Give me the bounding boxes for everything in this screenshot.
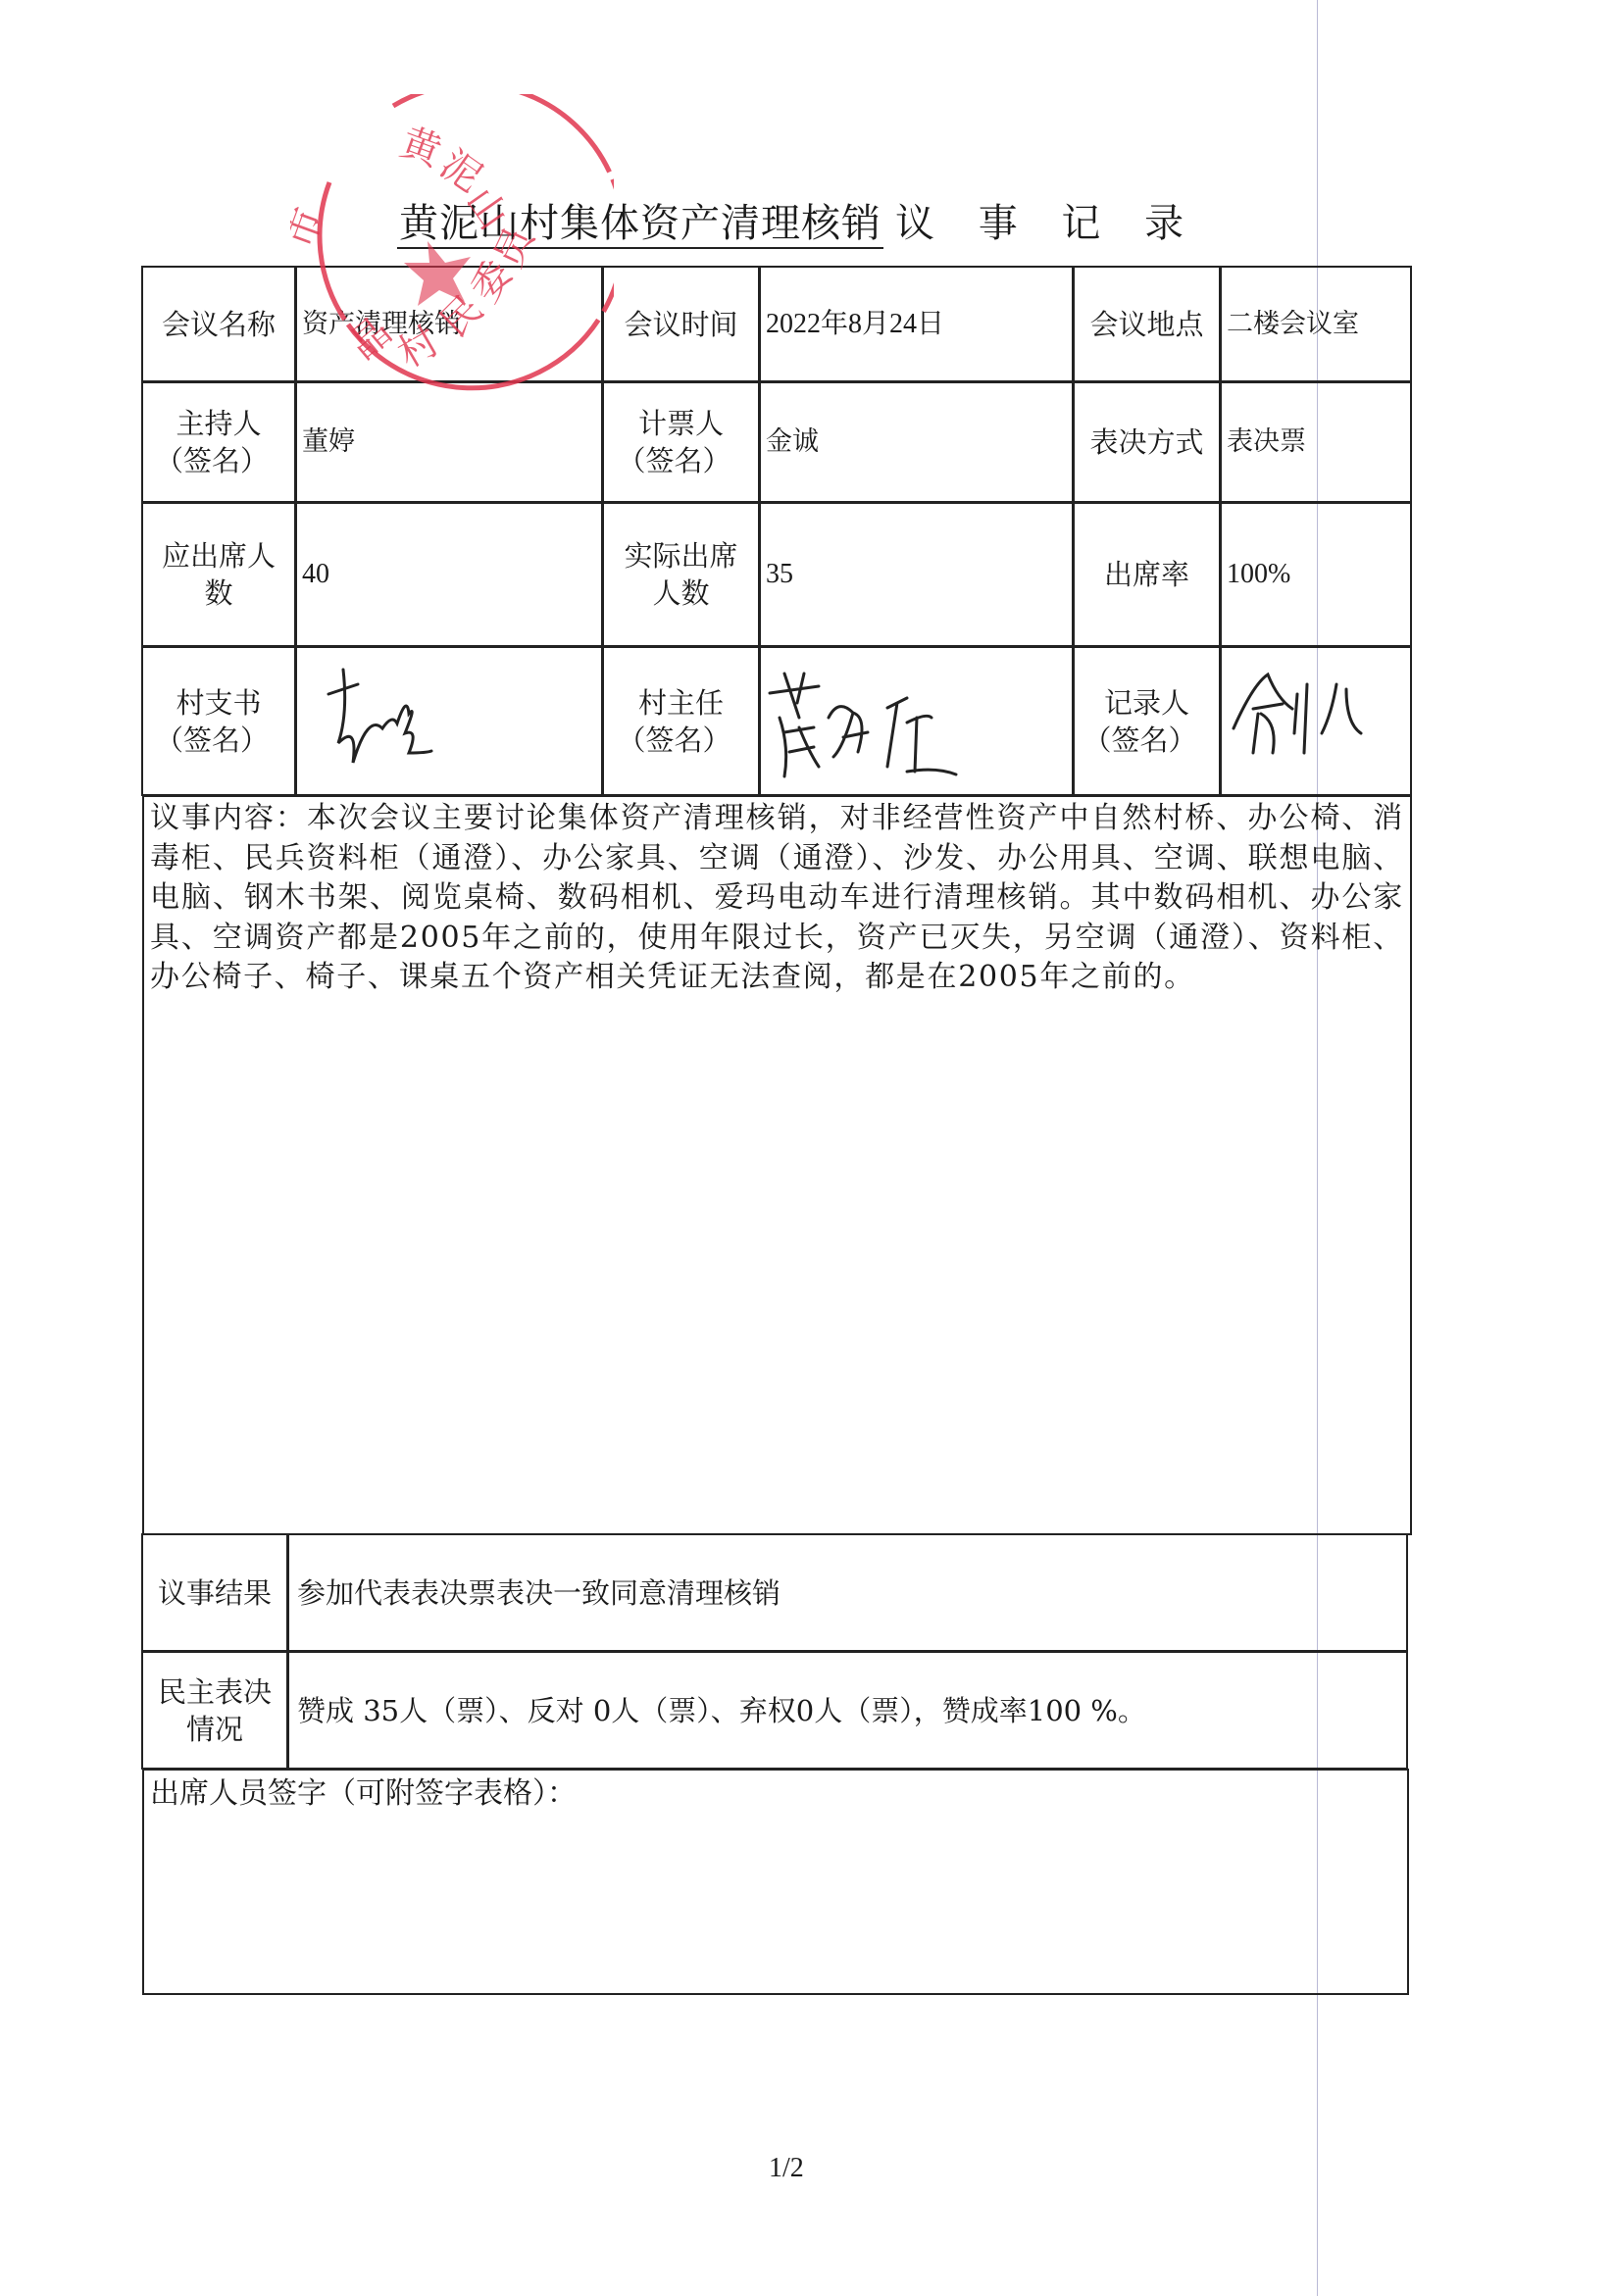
meeting-place-value: 二楼会议室 bbox=[1220, 266, 1412, 382]
host-value: 董婷 bbox=[295, 381, 603, 503]
director-signature-cell bbox=[759, 646, 1074, 796]
result-label: 议事结果 bbox=[141, 1533, 288, 1652]
vote-label-line1: 民主表决 bbox=[158, 1673, 272, 1711]
vote-method-value: 表决票 bbox=[1220, 381, 1412, 503]
counter-label: 计票人 （签名） bbox=[602, 381, 760, 503]
attendance-rate-label: 出席率 bbox=[1073, 502, 1221, 647]
svg-text:市: 市 bbox=[290, 202, 332, 254]
recorder-label-line2: （签名） bbox=[1083, 722, 1196, 759]
meeting-content: 议事内容：本次会议主要讨论集体资产清理核销，对非经营性资产中自然村桥、办公椅、消… bbox=[142, 795, 1412, 1535]
meeting-place-label: 会议地点 bbox=[1073, 266, 1221, 382]
director-label-line1: 村主任 bbox=[638, 684, 724, 722]
expected-attendance-value: 40 bbox=[295, 502, 603, 647]
vote-value: 赞成 35人（票）、反对 0人（票）、弃权0人（票），赞成率100 %。 bbox=[287, 1651, 1408, 1770]
host-label-line2: （签名） bbox=[155, 442, 269, 479]
director-label: 村主任 （签名） bbox=[602, 646, 760, 796]
meeting-time-value: 2022年8月24日 bbox=[759, 266, 1074, 382]
vote-method-label: 表决方式 bbox=[1073, 381, 1221, 503]
expected-label-line1: 应出席人 bbox=[162, 537, 276, 574]
secretary-label: 村支书 （签名） bbox=[141, 646, 296, 796]
recorder-label-line1: 记录人 bbox=[1104, 684, 1189, 722]
expected-attendance-label: 应出席人 数 bbox=[141, 502, 296, 647]
counter-label-line1: 计票人 bbox=[638, 405, 724, 442]
page-title: 黄泥山村集体资产清理核销议 事 记 录 bbox=[397, 192, 1199, 248]
meeting-name-value: 资产清理核销 bbox=[295, 266, 603, 382]
recorder-signature-cell bbox=[1220, 646, 1412, 796]
recorder-label: 记录人 （签名） bbox=[1073, 646, 1221, 796]
attendance-rate-value: 100% bbox=[1220, 502, 1412, 647]
expected-label-line2: 数 bbox=[204, 574, 232, 612]
vote-label-line2: 情况 bbox=[186, 1711, 243, 1748]
counter-value: 金诚 bbox=[759, 381, 1074, 503]
meeting-name-label: 会议名称 bbox=[141, 266, 296, 382]
counter-label-line2: （签名） bbox=[617, 442, 730, 479]
secretary-signature-cell bbox=[295, 646, 603, 796]
actual-label-line2: 人数 bbox=[652, 574, 709, 612]
vote-label: 民主表决 情况 bbox=[141, 1651, 288, 1770]
secretary-label-line1: 村支书 bbox=[176, 684, 261, 722]
result-value: 参加代表表决票表决一致同意清理核销 bbox=[287, 1533, 1408, 1652]
host-label: 主持人 （签名） bbox=[141, 381, 296, 503]
page-number: 1/2 bbox=[769, 2153, 804, 2184]
attendee-signatures: 出席人员签字（可附签字表格）： bbox=[142, 1769, 1409, 1995]
svg-text:黄: 黄 bbox=[395, 120, 449, 176]
actual-attendance-value: 35 bbox=[759, 502, 1074, 647]
attendee-signatures-label: 出席人员签字（可附签字表格）： bbox=[150, 1776, 577, 1811]
director-label-line2: （签名） bbox=[617, 722, 730, 759]
title-suffix: 议 事 记 录 bbox=[895, 201, 1199, 246]
actual-label-line1: 实际出席 bbox=[624, 537, 737, 574]
title-underlined: 黄泥山村集体资产清理核销 bbox=[397, 201, 883, 249]
secretary-label-line2: （签名） bbox=[155, 722, 269, 759]
actual-attendance-label: 实际出席 人数 bbox=[602, 502, 760, 647]
meeting-time-label: 会议时间 bbox=[602, 266, 760, 382]
content-label: 议事内容： bbox=[150, 801, 307, 835]
host-label-line1: 主持人 bbox=[176, 405, 261, 442]
content-text: 本次会议主要讨论集体资产清理核销，对非经营性资产中自然村桥、办公椅、消毒柜、民兵… bbox=[150, 801, 1404, 994]
